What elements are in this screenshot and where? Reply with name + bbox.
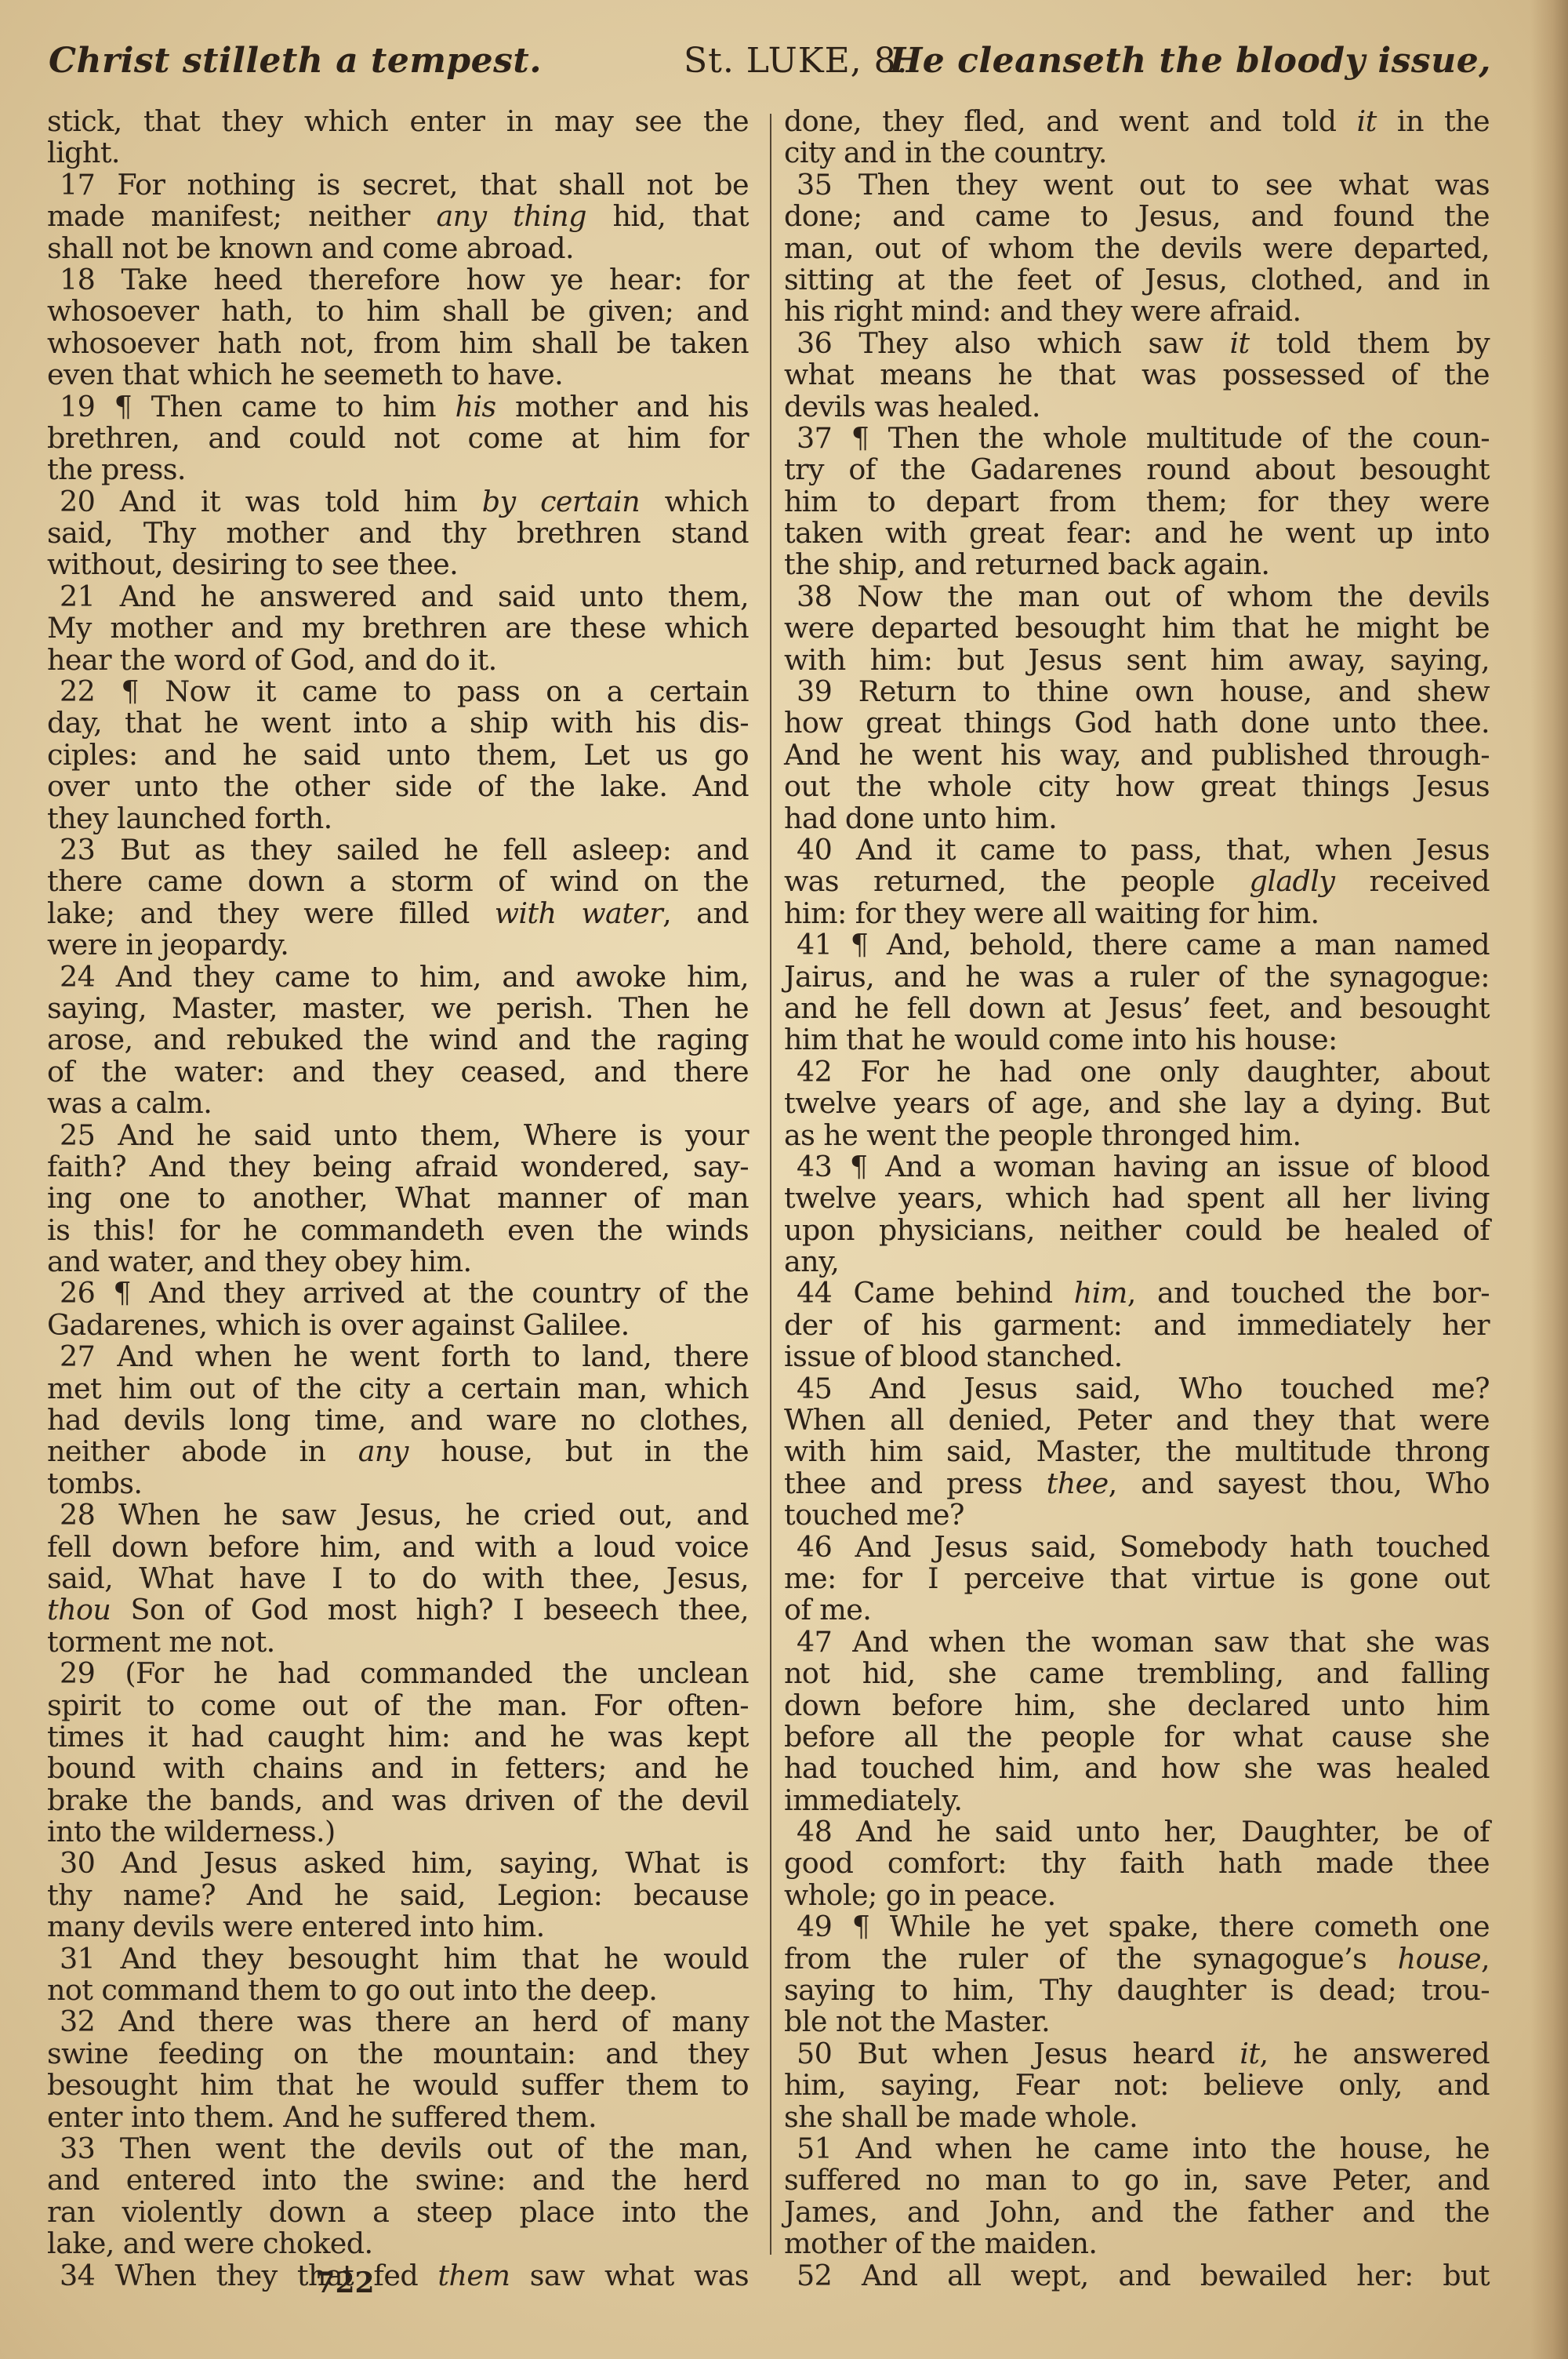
text-line: with him: but Jesus sent him away, sayin… <box>784 645 1490 676</box>
text-line: And he went his way, and published throu… <box>784 740 1490 771</box>
text-span: bound with chains and in fetters; and he <box>47 1751 749 1785</box>
text-line: over unto the other side of the lake. An… <box>47 771 749 802</box>
text-line: and entered into the swine: and the herd <box>47 2165 749 2196</box>
text-span: sitting at the feet of Jesus, clothed, a… <box>784 263 1490 296</box>
bible-page: Christ stilleth a tempest. St. LUKE, 8. … <box>0 0 1568 2359</box>
text-span: light. <box>47 136 120 169</box>
text-span: she shall be made whole. <box>784 2100 1138 2134</box>
text-line: 18 Take heed therefore how ye hear: for <box>47 264 749 296</box>
page-edge-shadow <box>1530 0 1568 2359</box>
text-span: whole; go in peace. <box>784 1878 1056 1912</box>
text-line: Jairus, and he was a ruler of the synago… <box>784 961 1490 993</box>
text-span: torment me not. <box>47 1625 275 1659</box>
text-span: , and sayest thou, Who <box>1109 1467 1490 1500</box>
text-line: lake; and they were filled with water, a… <box>47 898 749 929</box>
italic-word: gladly <box>1250 864 1335 898</box>
text-span: received <box>1334 864 1490 898</box>
text-span: suffered no man to go in, save Peter, an… <box>784 2163 1490 2197</box>
text-line: day, that he went into a ship with his d… <box>47 707 749 739</box>
text-line: ing one to another, What manner of man <box>47 1183 749 1214</box>
text-line: try of the Gadarenes round about besough… <box>784 454 1490 485</box>
text-span: shall not be known and come abroad. <box>47 231 574 265</box>
text-span: had done unto him. <box>784 801 1057 835</box>
text-line: were departed besought him that he might… <box>784 612 1490 644</box>
text-line: light. <box>47 137 749 169</box>
italic-word: them <box>437 2259 510 2292</box>
text-span: 33 Then went the devils out of the man, <box>60 2132 749 2165</box>
text-line: the ship, and returned back again. <box>784 549 1490 580</box>
text-span: met him out of the city a certain man, w… <box>47 1372 749 1405</box>
text-line: 49 ¶ While he yet spake, there cometh on… <box>784 1911 1490 1943</box>
text-span: mother and his <box>496 390 749 423</box>
running-header: Christ stilleth a tempest. St. LUKE, 8. … <box>49 38 1491 85</box>
text-span: 50 But when Jesus heard <box>797 2037 1240 2070</box>
text-line: 22 ¶ Now it came to pass on a certain <box>47 676 749 707</box>
text-line: said, What have I to do with thee, Jesus… <box>47 1563 749 1594</box>
text-line: suffered no man to go in, save Peter, an… <box>784 2165 1490 2196</box>
text-line: made manifest; neither any thing hid, th… <box>47 201 749 232</box>
text-span: 38 Now the man out of whom the devils <box>797 580 1490 613</box>
text-line: man, out of whom the devils were departe… <box>784 233 1490 264</box>
italic-word: his <box>455 390 495 423</box>
text-span: and water, and they obey him. <box>47 1245 472 1278</box>
left-column: stick, that they which enter in may see … <box>47 106 749 2292</box>
text-span: arose, and rebuked the wind and the ragi… <box>47 1023 749 1056</box>
text-line: not hid, she came trembling, and falling <box>784 1658 1490 1689</box>
text-line: taken with great fear: and he went up in… <box>784 518 1490 549</box>
text-span: done; and came to Jesus, and found the <box>784 199 1490 233</box>
text-span: fell down before him, and with a loud vo… <box>47 1530 749 1564</box>
text-line: 26 ¶ And they arrived at the country of … <box>47 1278 749 1309</box>
text-line: ciples: and he said unto them, Let us go <box>47 740 749 771</box>
page-number: 722 <box>298 2266 392 2299</box>
text-line: 21 And he answered and said unto them, <box>47 581 749 612</box>
text-span: out the whole city how great things Jesu… <box>784 769 1490 803</box>
text-span: 31 And they besought him that he would <box>60 1942 749 1976</box>
text-line: had done unto him. <box>784 803 1490 834</box>
text-span: any, <box>784 1245 839 1278</box>
text-line: any, <box>784 1246 1490 1278</box>
text-line: saying to him, Thy daughter is dead; tro… <box>784 1975 1490 2006</box>
text-line: shall not be known and come abroad. <box>47 233 749 264</box>
text-line: ran violently down a steep place into th… <box>47 2197 749 2228</box>
text-span: before all the people for what cause she <box>784 1720 1490 1754</box>
text-span: saw what was <box>510 2259 749 2292</box>
text-span: hear the word of God, and do it. <box>47 643 497 677</box>
text-span: man, out of whom the devils were departe… <box>784 231 1490 265</box>
text-span: 35 Then they went out to see what was <box>797 168 1490 202</box>
italic-word: house <box>1398 1942 1481 1976</box>
text-line: done; and came to Jesus, and found the <box>784 201 1490 232</box>
text-span: , <box>1481 1942 1490 1976</box>
text-span: 28 When he saw Jesus, he cried out, and <box>60 1498 749 1532</box>
text-span: 25 And he said unto them, Where is your <box>60 1118 749 1152</box>
text-span: 42 For he had one only daughter, about <box>797 1055 1490 1089</box>
text-line: twelve years, which had spent all her li… <box>784 1183 1490 1214</box>
text-span: , and touched the bor- <box>1127 1276 1490 1310</box>
text-line: me: for I perceive that virtue is gone o… <box>784 1563 1490 1594</box>
text-line: My mother and my brethren are these whic… <box>47 612 749 644</box>
text-line: 20 And it was told him by certain which <box>47 486 749 518</box>
text-line: 33 Then went the devils out of the man, <box>47 2133 749 2165</box>
text-span: , he answered <box>1259 2037 1490 2070</box>
text-line: 38 Now the man out of whom the devils <box>784 581 1490 612</box>
text-line: many devils were entered into him. <box>47 1911 749 1943</box>
header-left-caption: Christ stilleth a tempest. <box>49 38 542 85</box>
text-line: 27 And when he went forth to land, there <box>47 1341 749 1372</box>
text-line: lake, and were choked. <box>47 2228 749 2259</box>
text-line: ble not the Master. <box>784 2006 1490 2037</box>
text-span: as he went the people thronged him. <box>784 1118 1301 1152</box>
text-line: how great things God hath done unto thee… <box>784 707 1490 739</box>
text-line: twelve years of age, and she lay a dying… <box>784 1088 1490 1119</box>
text-span: When all denied, Peter and they that wer… <box>784 1403 1490 1437</box>
text-line: devils was healed. <box>784 391 1490 423</box>
text-span: 40 And it came to pass, that, when Jesus <box>797 833 1490 867</box>
text-line: 28 When he saw Jesus, he cried out, and <box>47 1499 749 1531</box>
text-span: lake; and they were filled <box>47 896 495 930</box>
text-span: 26 ¶ And they arrived at the country of … <box>60 1276 749 1310</box>
text-line: arose, and rebuked the wind and the ragi… <box>47 1024 749 1056</box>
text-line: besought him that he would suffer them t… <box>47 2070 749 2101</box>
text-span: 19 ¶ Then came to him <box>60 390 455 423</box>
text-span: of the water: and they ceased, and there <box>47 1055 749 1089</box>
text-span: neither abode in <box>47 1434 358 1468</box>
text-span: done, they fled, and went and told <box>784 104 1357 138</box>
text-span: 44 Came behind <box>797 1276 1074 1310</box>
text-line: 39 Return to thine own house, and shew <box>784 676 1490 707</box>
text-span: saying to him, Thy daughter is dead; tro… <box>784 1973 1490 2007</box>
text-line: 25 And he said unto them, Where is your <box>47 1120 749 1151</box>
text-line: him: for they were all waiting for him. <box>784 898 1490 929</box>
text-line: 19 ¶ Then came to him his mother and his <box>47 391 749 423</box>
text-span: city and in the country. <box>784 136 1107 169</box>
text-span: whosoever hath, to him shall be given; a… <box>47 294 749 328</box>
italic-word: by certain <box>482 485 640 518</box>
text-span: And he went his way, and published throu… <box>784 738 1490 772</box>
text-line: torment me not. <box>47 1627 749 1658</box>
text-line: was returned, the people gladly received <box>784 866 1490 897</box>
text-span: Son of God most high? I beseech thee, <box>111 1593 749 1627</box>
text-span: 39 Return to thine own house, and shew <box>797 674 1490 708</box>
text-span: faith? And they being afraid wondered, s… <box>47 1150 749 1183</box>
text-line: enter into them. And he suffered them. <box>47 2102 749 2133</box>
text-span: with him: but Jesus sent him away, sayin… <box>784 643 1490 677</box>
text-span: times it had caught him: and he was kept <box>47 1720 749 1754</box>
text-line: his right mind: and they were afraid. <box>784 296 1490 327</box>
text-span: 49 ¶ While he yet spake, there cometh on… <box>797 1910 1490 1943</box>
text-span: devils was healed. <box>784 390 1040 423</box>
text-span: twelve years, which had spent all her li… <box>784 1181 1490 1215</box>
text-line: is this! for he commandeth even the wind… <box>47 1215 749 1246</box>
text-line: what means he that was possessed of the <box>784 359 1490 391</box>
text-line: thy name? And he said, Legion: because <box>47 1880 749 1911</box>
text-span: the ship, and returned back again. <box>784 547 1269 581</box>
text-line: met him out of the city a certain man, w… <box>47 1373 749 1405</box>
text-line: of me. <box>784 1594 1490 1626</box>
text-line: thee and press thee, and sayest thou, Wh… <box>784 1468 1490 1499</box>
text-span: 37 ¶ Then the whole multitude of the cou… <box>797 421 1490 455</box>
text-line: had touched him, and how she was healed <box>784 1753 1490 1784</box>
text-span: in the <box>1377 104 1490 138</box>
text-line: down before him, she declared unto him <box>784 1690 1490 1721</box>
text-line: before all the people for what cause she <box>784 1721 1490 1753</box>
text-line: mother of the maiden. <box>784 2228 1490 2259</box>
text-line: 23 But as they sailed he fell asleep: an… <box>47 834 749 866</box>
text-line: touched me? <box>784 1499 1490 1531</box>
text-line: 43 ¶ And a woman having an issue of bloo… <box>784 1151 1490 1183</box>
text-span: him to depart from them; for they were <box>784 485 1490 518</box>
text-line: 24 And they came to him, and awoke him, <box>47 961 749 993</box>
right-column: done, they fled, and went and told it in… <box>784 106 1490 2292</box>
text-line: 31 And they besought him that he would <box>47 1943 749 1975</box>
text-span: 36 They also which saw <box>797 326 1229 360</box>
text-span: day, that he went into a ship with his d… <box>47 706 749 740</box>
text-span: 46 And Jesus said, Somebody hath touched <box>797 1530 1490 1564</box>
text-line: 50 But when Jesus heard it, he answered <box>784 2038 1490 2070</box>
text-line: not command them to go out into the deep… <box>47 1975 749 2006</box>
text-span: there came down a storm of wind on the <box>47 864 749 898</box>
text-line: whosoever hath, to him shall be given; a… <box>47 296 749 327</box>
italic-word: him <box>1074 1276 1127 1310</box>
text-line: spirit to come out of the man. For often… <box>47 1690 749 1721</box>
text-span: 23 But as they sailed he fell asleep: an… <box>60 833 749 867</box>
text-span: brake the bands, and was driven of the d… <box>47 1783 749 1817</box>
text-line: she shall be made whole. <box>784 2102 1490 2133</box>
text-span: over unto the other side of the lake. An… <box>47 769 749 803</box>
italic-word: with water <box>495 896 662 930</box>
text-span: him that he would come into his house: <box>784 1023 1338 1056</box>
text-span: enter into them. And he suffered them. <box>47 2100 597 2134</box>
text-span: hid, that <box>586 199 749 233</box>
text-line: thou Son of God most high? I beseech the… <box>47 1594 749 1626</box>
text-span: down before him, she declared unto him <box>784 1688 1490 1722</box>
text-line: 41 ¶ And, behold, there came a man named <box>784 929 1490 961</box>
italic-word: it <box>1240 2037 1259 2070</box>
text-span: him: for they were all waiting for him. <box>784 896 1319 930</box>
text-line: and water, and they obey him. <box>47 1246 749 1278</box>
text-line: 44 Came behind him, and touched the bor- <box>784 1278 1490 1309</box>
text-span: 47 And when the woman saw that she was <box>797 1625 1490 1659</box>
text-span: him, saying, Fear not: believe only, and <box>784 2068 1490 2102</box>
text-line: 34 When they that fed them saw what was <box>47 2260 749 2292</box>
text-line: 29 (For he had commanded the unclean <box>47 1658 749 1689</box>
text-line: 30 And Jesus asked him, saying, What is <box>47 1848 749 1879</box>
text-line: der of his garment: and immediately her <box>784 1310 1490 1341</box>
text-span: from the ruler of the synagogue’s <box>784 1942 1398 1976</box>
text-span: was a calm. <box>47 1086 212 1120</box>
text-line: 40 And it came to pass, that, when Jesus <box>784 834 1490 866</box>
text-span: good comfort: thy faith hath made thee <box>784 1846 1490 1880</box>
text-line: brake the bands, and was driven of the d… <box>47 1785 749 1816</box>
text-span: the press. <box>47 453 186 486</box>
text-line: immediately. <box>784 1785 1490 1816</box>
text-span: 45 And Jesus said, Who touched me? <box>797 1372 1490 1405</box>
text-span: whosoever hath not, from him shall be ta… <box>47 326 749 360</box>
text-span: spirit to come out of the man. For often… <box>47 1688 749 1722</box>
text-span: is this! for he commandeth even the wind… <box>47 1213 749 1247</box>
text-line: him that he would come into his house: <box>784 1024 1490 1056</box>
text-span: taken with great fear: and he went up in… <box>784 516 1490 550</box>
header-book-chapter: St. LUKE, 8. <box>684 38 909 85</box>
text-line: of the water: and they ceased, and there <box>47 1056 749 1088</box>
text-span: , and <box>662 896 749 930</box>
text-span: stick, that they which enter in may see … <box>47 104 749 138</box>
text-line: brethren, and could not come at him for <box>47 423 749 454</box>
text-line: into the wilderness.) <box>47 1816 749 1848</box>
text-span: many devils were entered into him. <box>47 1910 545 1943</box>
text-line: done, they fled, and went and told it in… <box>784 106 1490 137</box>
text-line: times it had caught him: and he was kept <box>47 1721 749 1753</box>
text-line: 48 And he said unto her, Daughter, be of <box>784 1816 1490 1848</box>
text-span: 21 And he answered and said unto them, <box>60 580 749 613</box>
text-line: faith? And they being afraid wondered, s… <box>47 1151 749 1183</box>
text-line: fell down before him, and with a loud vo… <box>47 1532 749 1563</box>
text-line: Gadarenes, which is over against Galilee… <box>47 1310 749 1341</box>
text-span: with him said, Master, the multitude thr… <box>784 1434 1490 1468</box>
text-span: Jairus, and he was a ruler of the synago… <box>784 960 1490 994</box>
text-span: how great things God hath done unto thee… <box>784 706 1490 740</box>
text-span: 32 And there was there an herd of many <box>60 2005 749 2038</box>
text-span: had devils long time, and ware no clothe… <box>47 1403 749 1437</box>
text-span: and he fell down at Jesus’ feet, and bes… <box>784 991 1490 1025</box>
text-span: without, desiring to see thee. <box>47 547 458 581</box>
text-line: him, saying, Fear not: believe only, and <box>784 2070 1490 2101</box>
text-line: 17 For nothing is secret, that shall not… <box>47 169 749 201</box>
italic-word: it <box>1357 104 1377 138</box>
text-span: ciples: and he said unto them, Let us go <box>47 738 749 772</box>
text-span: ing one to another, What manner of man <box>47 1181 749 1215</box>
text-span: saying, Master, master, we perish. Then … <box>47 991 749 1025</box>
text-line: as he went the people thronged him. <box>784 1120 1490 1151</box>
text-span: not hid, she came trembling, and falling <box>784 1656 1490 1690</box>
column-divider <box>770 114 771 2255</box>
text-span: what means he that was possessed of the <box>784 358 1490 391</box>
text-line: 37 ¶ Then the whole multitude of the cou… <box>784 423 1490 454</box>
text-span: My mother and my brethren are these whic… <box>47 611 749 645</box>
text-span: thee and press <box>784 1467 1047 1500</box>
italic-word: any thing <box>436 199 586 233</box>
text-line: 42 For he had one only daughter, about <box>784 1056 1490 1088</box>
text-line: him to depart from them; for they were <box>784 486 1490 518</box>
text-line: upon physicians, neither could be healed… <box>784 1215 1490 1246</box>
text-span: said, Thy mother and thy brethren stand <box>47 516 749 550</box>
text-span: 29 (For he had commanded the unclean <box>60 1656 749 1690</box>
text-span: touched me? <box>784 1498 964 1532</box>
text-span: and entered into the swine: and the herd <box>47 2163 749 2197</box>
text-span: said, What have I to do with thee, Jesus… <box>47 1561 749 1595</box>
text-span: der of his garment: and immediately her <box>784 1308 1490 1342</box>
italic-word: thee <box>1047 1467 1109 1500</box>
text-span: was returned, the people <box>784 864 1250 898</box>
text-line: stick, that they which enter in may see … <box>47 106 749 137</box>
text-span: upon physicians, neither could be healed… <box>784 1213 1490 1247</box>
text-span: swine feeding on the mountain: and they <box>47 2037 749 2070</box>
text-line: swine feeding on the mountain: and they <box>47 2038 749 2070</box>
text-span: 30 And Jesus asked him, saying, What is <box>60 1846 749 1880</box>
italic-word: any <box>358 1434 408 1468</box>
text-line: 35 Then they went out to see what was <box>784 169 1490 201</box>
text-line: tombs. <box>47 1468 749 1499</box>
text-line: there came down a storm of wind on the <box>47 866 749 897</box>
text-span: thy name? And he said, Legion: because <box>47 1878 749 1912</box>
text-line: were in jeopardy. <box>47 929 749 961</box>
text-line: whole; go in peace. <box>784 1880 1490 1911</box>
text-line: with him said, Master, the multitude thr… <box>784 1436 1490 1467</box>
text-span: 24 And they came to him, and awoke him, <box>60 960 749 994</box>
text-span: 18 Take heed therefore how ye hear: for <box>60 263 749 296</box>
text-span: were in jeopardy. <box>47 928 289 961</box>
text-span: 52 And all wept, and bewailed her: but <box>797 2259 1490 2292</box>
text-line: 47 And when the woman saw that she was <box>784 1627 1490 1658</box>
text-span: tombs. <box>47 1467 142 1500</box>
text-span: 17 For nothing is secret, that shall not… <box>60 168 749 202</box>
text-span: twelve years of age, and she lay a dying… <box>784 1086 1490 1120</box>
text-span: into the wilderness.) <box>47 1815 336 1848</box>
text-span: not command them to go out into the deep… <box>47 1973 657 2007</box>
header-right-caption: He cleanseth the bloody issue, <box>890 38 1491 85</box>
text-span: which <box>640 485 749 518</box>
text-span: try of the Gadarenes round about besough… <box>784 453 1490 486</box>
text-line: issue of blood stanched. <box>784 1341 1490 1372</box>
text-line: had devils long time, and ware no clothe… <box>47 1405 749 1436</box>
text-line: 45 And Jesus said, Who touched me? <box>784 1373 1490 1405</box>
text-span: 48 And he said unto her, Daughter, be of <box>797 1815 1490 1848</box>
text-span: Gadarenes, which is over against Galilee… <box>47 1308 630 1342</box>
text-span: ran violently down a steep place into th… <box>47 2195 749 2229</box>
text-line: the press. <box>47 454 749 485</box>
text-line: out the whole city how great things Jesu… <box>784 771 1490 802</box>
italic-word: it <box>1229 326 1249 360</box>
text-line: good comfort: thy faith hath made thee <box>784 1848 1490 1879</box>
text-line: 52 And all wept, and bewailed her: but <box>784 2260 1490 2292</box>
text-span: they launched forth. <box>47 801 332 835</box>
text-line: was a calm. <box>47 1088 749 1119</box>
text-line: 51 And when he came into the house, he <box>784 2133 1490 2165</box>
text-line: city and in the country. <box>784 137 1490 169</box>
text-line: said, Thy mother and thy brethren stand <box>47 518 749 549</box>
text-span: house, but in the <box>408 1434 749 1468</box>
text-line: bound with chains and in fetters; and he <box>47 1753 749 1784</box>
text-span: issue of blood stanched. <box>784 1339 1123 1373</box>
text-line: 32 And there was there an herd of many <box>47 2006 749 2037</box>
text-span: 41 ¶ And, behold, there came a man named <box>797 928 1490 961</box>
text-span: James, and John, and the father and the <box>784 2195 1490 2229</box>
text-line: hear the word of God, and do it. <box>47 645 749 676</box>
text-line: neither abode in any house, but in the <box>47 1436 749 1467</box>
text-line: 46 And Jesus said, Somebody hath touched <box>784 1532 1490 1563</box>
text-line: without, desiring to see thee. <box>47 549 749 580</box>
text-line: whosoever hath not, from him shall be ta… <box>47 328 749 359</box>
text-span: 20 And it was told him <box>60 485 482 518</box>
text-span: 22 ¶ Now it came to pass on a certain <box>60 674 749 708</box>
text-span: me: for I perceive that virtue is gone o… <box>784 1561 1490 1595</box>
text-span: had touched him, and how she was healed <box>784 1751 1490 1785</box>
text-line: they launched forth. <box>47 803 749 834</box>
text-span: immediately. <box>784 1783 962 1817</box>
text-span: were departed besought him that he might… <box>784 611 1490 645</box>
text-line: saying, Master, master, we perish. Then … <box>47 993 749 1024</box>
text-line: and he fell down at Jesus’ feet, and bes… <box>784 993 1490 1024</box>
text-span: brethren, and could not come at him for <box>47 421 749 455</box>
text-line: When all denied, Peter and they that wer… <box>784 1405 1490 1436</box>
text-line: James, and John, and the father and the <box>784 2197 1490 2228</box>
text-span: 27 And when he went forth to land, there <box>60 1339 749 1373</box>
italic-word: thou <box>47 1593 111 1627</box>
text-line: sitting at the feet of Jesus, clothed, a… <box>784 264 1490 296</box>
text-line: even that which he seemeth to have. <box>47 359 749 391</box>
text-span: told them by <box>1250 326 1490 360</box>
